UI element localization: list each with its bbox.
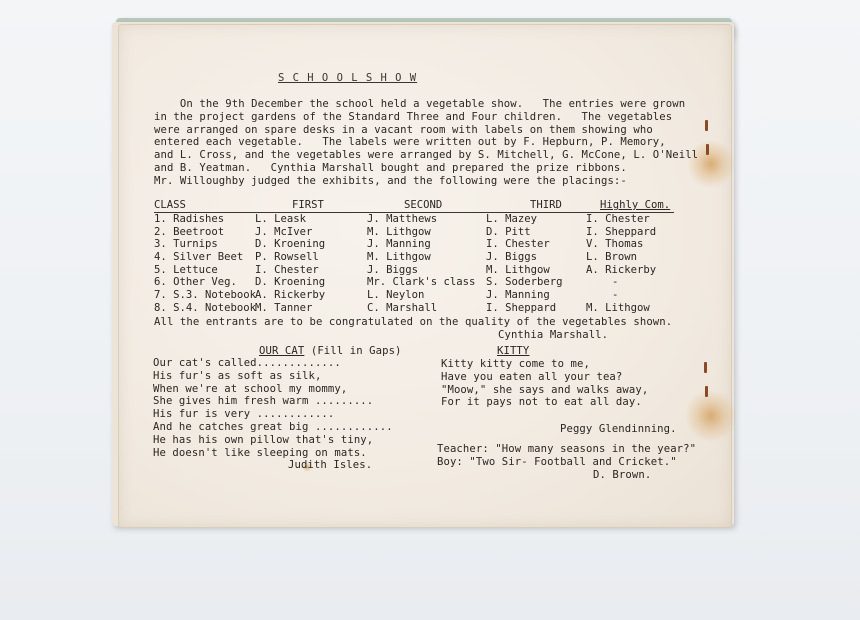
table-cell: P. Rowsell <box>255 251 319 263</box>
poem-our-cat-title: OUR CAT (Fill in Gaps) <box>259 345 402 358</box>
table-cell: M. Lithgow <box>486 264 550 276</box>
rust-stain <box>686 388 736 444</box>
poem-title: OUR CAT <box>259 345 304 357</box>
table-cell: J. Matthews <box>367 213 437 225</box>
table-cell: C. Marshall <box>367 302 437 314</box>
table-cell: L. Leask <box>255 213 306 225</box>
table-row: 4. Silver BeetP. RowsellM. LithgowJ. Big… <box>154 251 674 264</box>
table-cell: J. Biggs <box>367 264 418 276</box>
staple-mark <box>705 386 708 397</box>
table-cell: 2. Beetroot <box>154 226 224 238</box>
table-cell: J. Manning <box>367 238 431 250</box>
table-cell: I. Sheppard <box>486 302 556 314</box>
staple-mark <box>706 144 709 155</box>
header-second: SECOND <box>404 199 442 211</box>
joke: Teacher: "How many seasons in the year?"… <box>437 443 696 469</box>
table-row: 8. S.4. NotebookM. TannerC. MarshallI. S… <box>154 302 674 315</box>
table-cell: L. Neylon <box>367 289 424 301</box>
poem-kitty-author: Peggy Glendinning. <box>560 423 677 436</box>
table-cell: 5. Lettuce <box>154 264 218 276</box>
table-cell: D. Pitt <box>486 226 531 238</box>
intro-paragraph: On the 9th December the school held a ve… <box>154 98 698 188</box>
table-row: 6. Other Veg.D. KroeningMr. Clark's clas… <box>154 276 674 289</box>
table-cell: 7. S.3. Notebook <box>154 289 256 301</box>
table-cell: I. Chester <box>486 238 550 250</box>
table-cell: 8. S.4. Notebook <box>154 302 256 314</box>
closing-line: All the entrants are to be congratulated… <box>154 316 672 329</box>
table-cell: I. Chester <box>255 264 319 276</box>
table-cell: A. Rickerby <box>586 264 656 276</box>
table-cell: J. Manning <box>486 289 550 301</box>
table-cell: I. Chester <box>586 213 650 225</box>
table-cell: - <box>612 289 618 301</box>
table-row: 7. S.3. NotebookA. RickerbyL. NeylonJ. M… <box>154 289 674 302</box>
poem-our-cat-author: Judith Isles. <box>288 459 372 472</box>
table-cell: Mr. Clark's class <box>367 276 475 288</box>
joke-author: D. Brown. <box>593 469 651 482</box>
table-cell: S. Soderberg <box>486 276 563 288</box>
poem-kitty-title: KITTY <box>497 345 529 358</box>
table-cell: I. Sheppard <box>586 226 656 238</box>
table-row: 2. BeetrootJ. McIverM. LithgowD. PittI. … <box>154 226 674 239</box>
table-cell: J. McIver <box>255 226 312 238</box>
header-highly-commended: Highly Com. <box>600 199 670 211</box>
table-cell: M. Lithgow <box>367 226 431 238</box>
table-row: 1. RadishesL. LeaskJ. MatthewsL. MazeyI.… <box>154 213 674 226</box>
table-cell: D. Kroening <box>255 276 325 288</box>
table-cell: 1. Radishes <box>154 213 224 225</box>
poem-subtitle: (Fill in Gaps) <box>311 345 402 357</box>
header-third: THIRD <box>530 199 562 211</box>
table-cell: A. Rickerby <box>255 289 325 301</box>
table-cell: L. Mazey <box>486 213 537 225</box>
table-cell: D. Kroening <box>255 238 325 250</box>
table-cell: M. Lithgow <box>586 302 650 314</box>
staple-mark <box>704 362 707 373</box>
table-cell: 3. Turnips <box>154 238 218 250</box>
table-cell: M. Lithgow <box>367 251 431 263</box>
poem-kitty: Kitty kitty come to me, Have you eaten a… <box>441 358 648 409</box>
table-cell: 4. Silver Beet <box>154 251 243 263</box>
header-class: CLASS <box>154 199 186 211</box>
poem-our-cat: Our cat's called............. His fur's … <box>153 357 393 459</box>
table-header: CLASS FIRST SECOND THIRD Highly Com. <box>154 199 674 213</box>
table-cell: J. Biggs <box>486 251 537 263</box>
table-row: 5. LettuceI. ChesterJ. BiggsM. LithgowA.… <box>154 264 674 277</box>
header-first: FIRST <box>292 199 324 211</box>
table-row: 3. TurnipsD. KroeningJ. ManningI. Cheste… <box>154 238 674 251</box>
table-cell: M. Tanner <box>255 302 312 314</box>
table-cell: - <box>612 276 618 288</box>
table-cell: 6. Other Veg. <box>154 276 237 288</box>
table-cell: L. Brown <box>586 251 637 263</box>
placings-table: CLASS FIRST SECOND THIRD Highly Com. 1. … <box>154 199 674 315</box>
table-cell: V. Thomas <box>586 238 643 250</box>
document-title: S C H O O L S H O W <box>278 72 417 84</box>
staple-mark <box>705 120 708 131</box>
closing-signature: Cynthia Marshall. <box>498 329 608 342</box>
